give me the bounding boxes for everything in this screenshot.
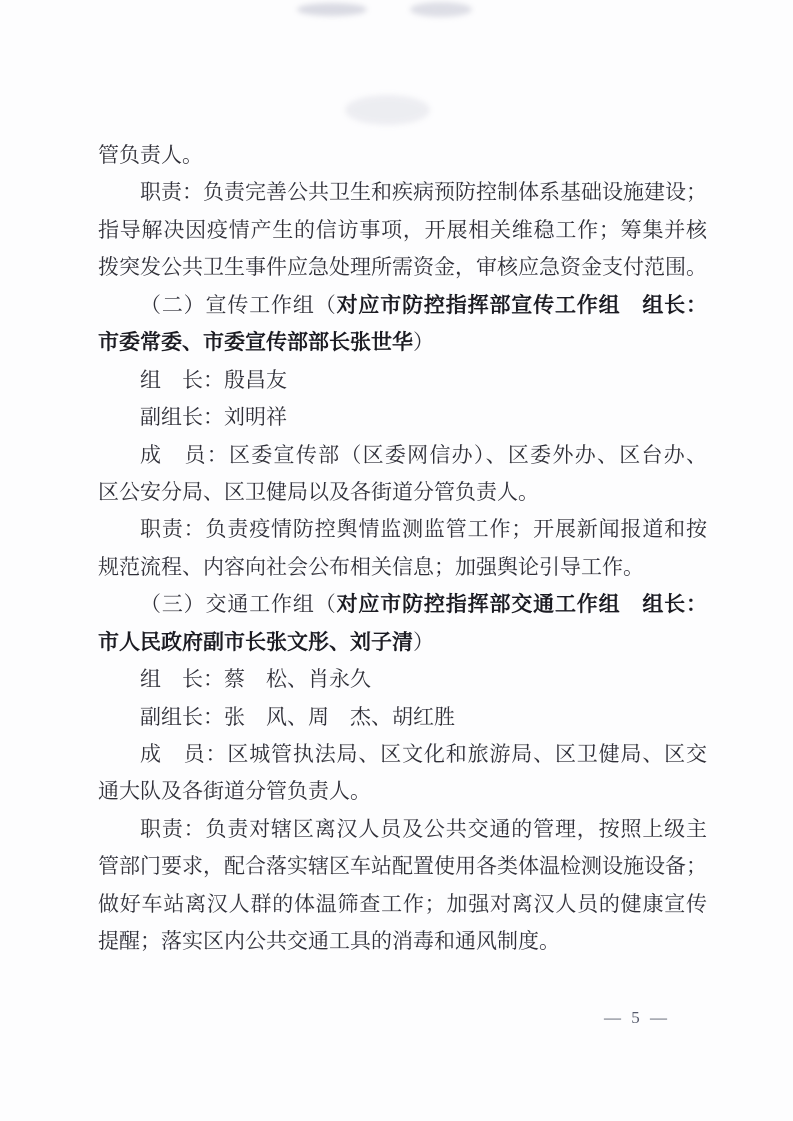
section3-heading-bold-2: 市人民政府副市长张文彤、刘子清 (98, 631, 413, 654)
section2-deputy-line: 副组长：刘明祥 (98, 399, 707, 436)
section3-members-line-2: 通大队及各街道分管负责人。 (98, 773, 707, 810)
section3-duties-line-1: 职责：负责对辖区离汉人员及公共交通的管理，按照上级主 (98, 811, 707, 848)
finance-duties-line-1: 职责：负责完善公共卫生和疾病预防控制体系基础设施建设； (98, 174, 707, 211)
section2-heading-close-paren: ） (413, 330, 434, 354)
section3-duties-line-4: 提醒；落实区内公共交通工具的消毒和通风制度。 (98, 923, 707, 960)
section3-heading-line-2: 市人民政府副市长张文彤、刘子清） (98, 624, 707, 661)
section2-heading-bold: 对应市防控指挥部宣传工作组 组长： (337, 294, 707, 317)
scan-smudge-artifact (345, 95, 430, 125)
section3-heading-close-paren: ） (413, 630, 434, 654)
section3-heading-bold: 对应市防控指挥部交通工作组 组长： (337, 593, 707, 616)
intro-continuation-line: 管负责人。 (98, 137, 707, 174)
section2-leader-line: 组 长：殷昌友 (98, 362, 707, 399)
section3-duties-line-2: 管部门要求，配合落实辖区车站配置使用各类体温检测设施设备； (98, 848, 707, 885)
page-number: — 5 — (591, 1008, 683, 1028)
section3-heading-regular: （三）交通工作组（ (140, 592, 337, 616)
document-text-block: 管负责人。 职责：负责完善公共卫生和疾病预防控制体系基础设施建设； 指导解决因疫… (98, 137, 707, 961)
section2-heading-regular: （二）宣传工作组（ (140, 293, 337, 317)
finance-duties-line-3: 拨突发公共卫生事件应急处理所需资金，审核应急资金支付范围。 (98, 249, 707, 286)
section2-heading-line-2: 市委常委、市委宣传部部长张世华） (98, 324, 707, 361)
section3-duties-line-3: 做好车站离汉人群的体温筛查工作；加强对离汉人员的健康宣传 (98, 886, 707, 923)
section3-members-line-1: 成 员：区城管执法局、区文化和旅游局、区卫健局、区交 (98, 736, 707, 773)
section2-heading-line-1: （二）宣传工作组（对应市防控指挥部宣传工作组 组长： (98, 287, 707, 324)
section3-deputy-line: 副组长：张 风、周 杰、胡红胜 (98, 699, 707, 736)
section2-duties-line-1: 职责：负责疫情防控舆情监测监管工作；开展新闻报道和按 (98, 511, 707, 548)
section3-heading-line-1: （三）交通工作组（对应市防控指挥部交通工作组 组长： (98, 586, 707, 623)
section2-members-line-1: 成 员：区委宣传部（区委网信办）、区委外办、区台办、 (98, 437, 707, 474)
section3-leader-line: 组 长：蔡 松、肖永久 (98, 661, 707, 698)
scan-smudge-artifact (297, 3, 367, 16)
section2-members-line-2: 区公安分局、区卫健局以及各街道分管负责人。 (98, 474, 707, 511)
scanned-document-page: 管负责人。 职责：负责完善公共卫生和疾病预防控制体系基础设施建设； 指导解决因疫… (0, 0, 793, 1121)
finance-duties-line-2: 指导解决因疫情产生的信访事项，开展相关维稳工作；筹集并核 (98, 212, 707, 249)
section2-duties-line-2: 规范流程、内容向社会公布相关信息；加强舆论引导工作。 (98, 549, 707, 586)
scan-smudge-artifact (410, 2, 472, 17)
section2-heading-bold-2: 市委常委、市委宣传部部长张世华 (98, 331, 413, 354)
